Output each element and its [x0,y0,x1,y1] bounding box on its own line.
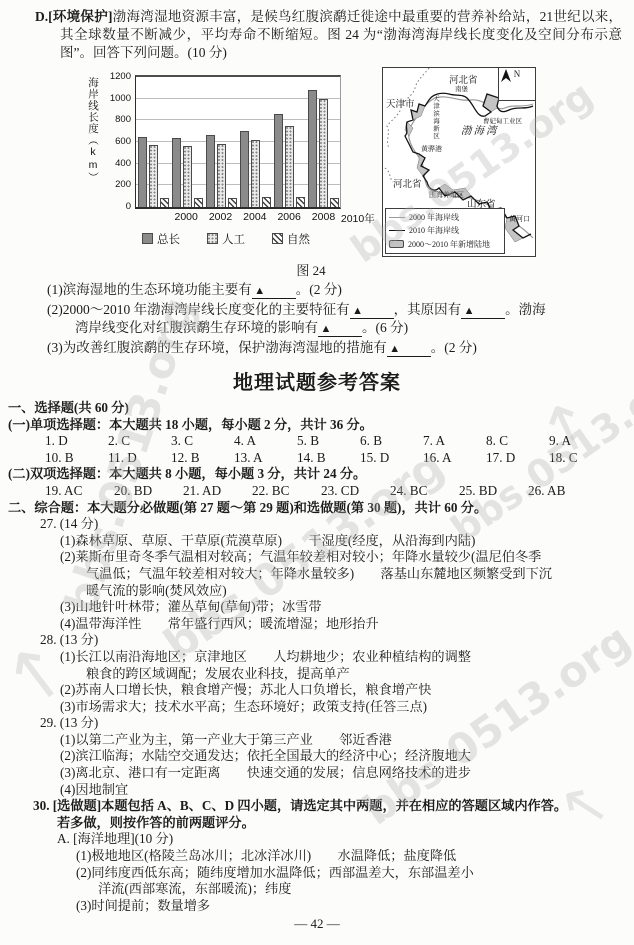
chart-bar-总长-2010年 [308,90,317,207]
question-text: 。(2 分) [296,282,342,297]
chart-bar-总长-2000 [138,137,147,207]
blank-marker: ▲ [321,323,332,335]
answer-item: 18. C [549,450,612,467]
map-legend-label: 2010 年海岸线 [409,224,459,238]
answer-30A-header: A. [海洋地理](10 分) [57,831,634,848]
answer-item: 10. B [45,450,108,467]
answer-line: 暖气流的影响(焚风效应) [86,583,634,600]
answer-item: 17. D [486,450,549,467]
map-legend: 2000 年海岸线 2010 年海岸线 2000～2010 年新增陆地 [385,208,505,255]
sub-question-1: (1)滨海湿地的生态环境功能主要有▲。(2 分) [47,281,626,299]
question-text: 。(2 分) [431,340,477,355]
map-label-huanghua-port: 黄骅港 [421,144,442,154]
legend-swatch [272,233,283,244]
answer-line: (1)以第二产业为主，第一产业大于第三产业 邻近香港 [60,732,634,749]
answer-line: (4)温带海洋性 常年盛行西风；暖流增湿；地形抬升 [60,616,634,633]
answer-blank: ▲ [350,303,394,319]
answer-line: (3)离北京、港口有一定距离 快速交通的发展；信息网络技术的进步 [60,765,634,782]
single-choice-header: (一)单项选择题：本大题共 18 小题，每小题 2 分，共计 36 分。 [8,417,634,434]
chart-bar-人工-2010年 [319,99,328,207]
chart-bar-自然-2010年 [330,198,339,207]
single-answers-row-2: 10. B11. D12. B13. A14. B15. D16. A17. D… [45,450,634,467]
answer-item: 25. BD [459,483,528,500]
chart-bar-自然-2006 [262,197,271,207]
y-tick-label: 1200 [103,71,131,82]
bar-group-2000 [136,137,170,207]
map-label-hebei-bottom: 河北省 [393,176,422,190]
answer-28-header: 28. (13 分) [40,632,634,649]
section-1-header: 一、选择题(共 60 分) [8,400,634,417]
answer-blank: ▲ [252,283,296,299]
answer-blank: ▲ [318,321,362,337]
answer-line: (1)长江以南沿海地区；京津地区 人均耕地少；农业种植结构的调整 [60,649,634,666]
section-2-header: 二、综合题：本大题分必做题(第 27 题～第 29 题)和选做题(第 30 题)… [8,500,634,517]
chart-bar-人工-2000 [149,145,158,207]
answer-item: 20. BD [114,483,183,500]
answer-line: 洋流(西部寒流，东部暖流)；纬度 [98,881,634,898]
answer-line: 粮食的跨区域调配；发展农业科技，提高单产 [86,666,634,683]
x-tick-label: 2004 [238,211,272,226]
answer-blank: ▲ [461,303,505,319]
map-legend-item: 2000 年海岸线 [389,211,501,225]
legend-item: 自然 [272,231,310,247]
answer-30-header: 30. [选做题]本题包括 A、B、C、D 四小题，请选定其中两题，并在相应的答… [33,798,634,815]
answer-line: (2)苏南人口增长快，粮食增产慢；苏北人口负增长，粮食增产快 [60,682,634,699]
question-d-text: 渤海湾湿地资源丰富，是候鸟红腹滨鹬迁徙途中最重要的营养补给站，21世纪以来，其全… [60,9,622,60]
answer-line: (3)山地针叶林带；灌丛草甸(草甸)带；冰雪带 [60,599,634,616]
chart-legend: 总长人工自然 [142,231,364,247]
bar-group-2008 [272,114,306,207]
map-label-binhai-new-area: 天津滨海新区 [431,95,440,140]
chart-bar-人工-2002 [183,146,192,207]
bar-group-2006 [238,131,272,207]
legend-swatch [207,233,218,244]
answer-item: 4. A [234,433,297,450]
map-label-aquaculture-zone: 围海养殖区 [429,190,464,200]
chart-bar-总长-2004 [206,135,215,207]
map-legend-label: 2000 年海岸线 [409,211,459,225]
answer-item: 7. A [423,433,486,450]
chart-bar-自然-2002 [194,198,203,207]
chart-bar-总长-2002 [172,138,181,207]
answer-item: 3. C [171,433,234,450]
y-tick-label: 800 [103,114,131,125]
single-answers-row-1: 1. D2. C3. C4. A5. B6. B7. A8. C9. A [45,433,634,450]
question-text: 。(6 分) [362,320,408,335]
answer-27-header: 27. (14 分) [40,516,634,533]
answer-item: 11. D [108,450,171,467]
question-text: ，其原因有 [394,302,462,317]
figure-24: 海岸线长度（km） 020040060080010001200 20002002… [86,67,634,257]
answer-item: 5. B [297,433,360,450]
answer-item: 26. AB [528,483,597,500]
answer-item: 16. A [423,450,486,467]
double-choice-header: (二)双项选择题：本大题共 8 小题，每小题 3 分，共计 24 分。 [8,466,634,483]
x-tick-label: 2008 [306,211,340,226]
chart-bar-自然-2008 [296,197,305,207]
answer-item: 9. A [549,433,612,450]
chart-bar-人工-2006 [251,140,260,207]
answer-line: (3)时间提前；数量增多 [76,898,634,915]
answer-blank: ▲ [387,341,431,357]
bar-group-2010年 [306,90,340,207]
coastline-length-bar-chart: 海岸线长度（km） 020040060080010001200 20002002… [86,67,364,257]
answer-line: (1)森林草原、草原、干草原(荒漠草原) 干湿度(经度，从沿海到内陆) [60,533,634,550]
chart-bar-总长-2006 [240,131,249,207]
legend-item: 人工 [207,231,245,247]
blank-marker: ▲ [464,305,475,317]
exam-page: bbs.0513.org bbs.0513.org bbs.0513.org b… [0,0,634,945]
compass-north-icon: N [498,68,535,101]
answer-item: 1. D [45,433,108,450]
answer-item: 21. AD [183,483,252,500]
question-text: (3)为改善红腹滨鹬的生存环境，保护渤海湾湿地的措施有 [47,340,387,355]
chart-y-axis-label: 海岸线长度（km） [86,77,101,209]
map-label-bohai-bay: 渤海湾 [461,123,499,138]
answer-line: 气温低；气温年较差相对较大；年降水量较多) 落基山东麓地区频繁受到下沉 [86,566,634,583]
bar-group-2002 [170,138,204,207]
question-d-intro: D.[环境保护]渤海湾湿地资源丰富，是候鸟红腹滨鹬迁徙途中最重要的营养补给站，2… [35,8,622,62]
y-tick-label: 600 [103,136,131,147]
answer-item: 15. D [360,450,423,467]
answer-line: (3)市场需求大；技术水平高；生态环境好；政策支持(任答三点) [60,699,634,716]
page-number: — 42 — [0,916,634,932]
question-text: (1)滨海湿地的生态环境功能主要有 [47,282,252,297]
chart-bar-自然-2000 [160,198,169,207]
sub-question-2: (2)2000～2010 年渤海湾岸线长度变化的主要特征有▲，其原因有▲。渤海湾… [47,301,626,337]
chart-bar-总长-2008 [274,114,283,207]
chart-bar-人工-2008 [285,126,294,207]
chart-bar-自然-2004 [228,198,237,207]
answer-line: (2)同纬度西低东高；随纬度增加水温降低；西部温差大，东部温差小 [76,865,634,882]
answer-line: (1)极地地区(格陵兰岛冰川；北冰洋冰川) 水温降低；盐度降低 [76,848,634,865]
map-legend-item: 2010 年海岸线 [389,224,501,238]
question-text: 。渤海 [505,302,546,317]
answer-line: (4)因地制宜 [60,782,634,799]
x-tick-label: 2006 [272,211,306,226]
coastline-2010-swatch [389,230,405,231]
legend-label: 总长 [157,234,180,246]
y-tick-label: 200 [103,179,131,190]
answer-item: 8. C [486,433,549,450]
question-text: 湾岸线变化对红腹滨鹬生存环境的影响有 [75,320,318,335]
double-answers-row: 19. AC20. BD21. AD22. BC23. CD24. BC25. … [45,483,634,500]
x-tick-label: 2002 [203,211,237,226]
x-tick-label: 2010年 [341,211,375,226]
answer-line: (2)滨江临海；水陆空交通发达；依托全国最大的经济中心；经济腹地大 [60,748,634,765]
new-land-swatch [389,240,404,248]
question-d-tag: [环境保护] [48,9,112,24]
answer-item: 14. B [297,450,360,467]
bohai-bay-map: N 河北省 天津市 南堡 曹妃甸工业区 天津滨海新区 渤海湾 黄骅港 河北省 围… [382,67,536,257]
answer-item: 12. B [171,450,234,467]
answer-item: 23. CD [321,483,390,500]
answer-item: 24. BC [390,483,459,500]
legend-swatch [142,233,153,244]
answer-item: 19. AC [45,483,114,500]
question-text: (2)2000～2010 年渤海湾岸线长度变化的主要特征有 [47,302,350,317]
answer-line: (2)莱斯布里奇冬季气温相对较高；气温年较差相对较小；年降水量较少(温尼伯冬季 [60,549,634,566]
blank-marker: ▲ [389,343,400,355]
y-tick-label: 400 [103,158,131,169]
legend-label: 自然 [287,234,310,246]
answer-30-continuation: 若多做，则按作答的前两题评分。 [57,815,634,832]
province-boundary-dotted [385,168,393,182]
answer-item: 22. BC [252,483,321,500]
blank-marker: ▲ [352,305,363,317]
answer-item: 6. B [360,433,423,450]
map-legend-label: 2000～2010 年新增陆地 [408,238,490,252]
map-label-nanpu: 南堡 [455,84,468,93]
answer-item: 2. C [108,433,171,450]
map-label-tianjin: 天津市 [386,96,415,110]
coastline-2000-swatch [389,217,405,218]
chart-plot-area: 020040060080010001200 [135,75,341,209]
legend-label: 人工 [222,234,245,246]
map-legend-item: 2000～2010 年新增陆地 [389,238,501,252]
y-tick-label: 1000 [103,93,131,104]
map-label-yellow-river-mouth: 黄河口 [509,214,530,224]
blank-marker: ▲ [254,285,265,297]
compass-n-label: N [514,69,521,79]
answer-29-header: 29. (13 分) [40,715,634,732]
x-tick-label: 2000 [169,211,203,226]
sub-question-3: (3)为改善红腹滨鹬的生存环境，保护渤海湾湿地的措施有▲。(2 分) [47,339,626,357]
legend-item: 总长 [142,231,180,247]
north-arrow-icon [499,68,513,84]
y-tick-label: 0 [103,201,131,212]
answers-title: 地理试题参考答案 [0,366,634,395]
chart-x-axis-labels: 200020022004200620082010年 [169,211,375,226]
answer-item: 13. A [234,450,297,467]
question-d-label: D. [35,9,48,24]
chart-bar-人工-2004 [217,144,226,207]
bar-group-2004 [204,135,238,207]
figure-caption: 图 24 [86,260,536,279]
